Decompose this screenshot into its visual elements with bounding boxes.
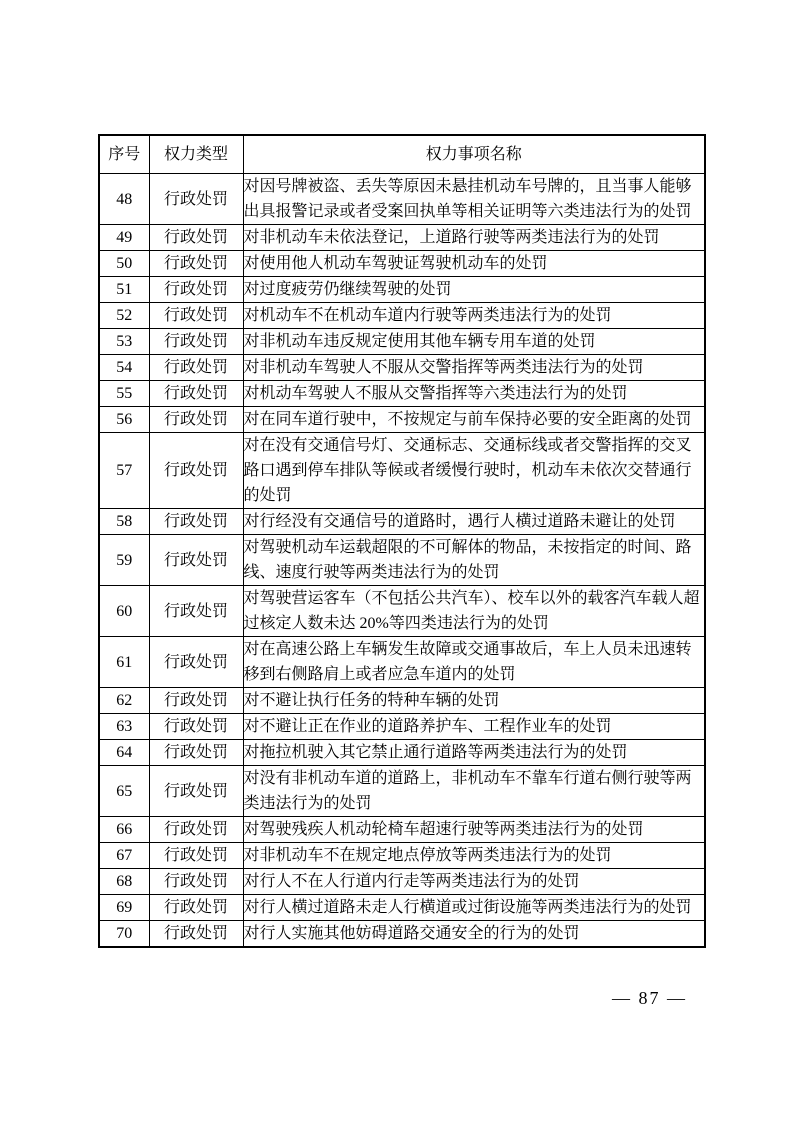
row-power-type: 行政处罚: [149, 766, 243, 817]
row-serial-number: 64: [99, 740, 149, 766]
row-serial-number: 66: [99, 817, 149, 843]
table-row: 52行政处罚对机动车不在机动车道内行驶等两类违法行为的处罚: [99, 303, 705, 329]
row-serial-number: 56: [99, 407, 149, 433]
row-serial-number: 49: [99, 225, 149, 251]
table-row: 61行政处罚对在高速公路上车辆发生故障或交通事故后，车上人员未迅速转移到右侧路肩…: [99, 637, 705, 688]
row-power-item-name: 对在同车道行驶中，不按规定与前车保持必要的安全距离的处罚: [243, 407, 705, 433]
row-serial-number: 48: [99, 174, 149, 225]
row-power-type: 行政处罚: [149, 817, 243, 843]
row-power-type: 行政处罚: [149, 407, 243, 433]
row-serial-number: 68: [99, 869, 149, 895]
row-power-item-name: 对没有非机动车道的道路上，非机动车不靠车行道右侧行驶等两类违法行为的处罚: [243, 766, 705, 817]
row-power-type: 行政处罚: [149, 225, 243, 251]
row-power-type: 行政处罚: [149, 740, 243, 766]
row-power-item-name: 对因号牌被盗、丢失等原因未悬挂机动车号牌的，且当事人能够出具报警记录或者受案回执…: [243, 174, 705, 225]
row-power-item-name: 对行经没有交通信号的道路时，遇行人横过道路未避让的处罚: [243, 509, 705, 535]
row-power-item-name: 对行人横过道路未走人行横道或过街设施等两类违法行为的处罚: [243, 895, 705, 921]
row-power-item-name: 对非机动车不在规定地点停放等两类违法行为的处罚: [243, 843, 705, 869]
col-header-power-item-name: 权力事项名称: [243, 135, 705, 174]
row-serial-number: 69: [99, 895, 149, 921]
row-power-item-name: 对过度疲劳仍继续驾驶的处罚: [243, 277, 705, 303]
row-power-type: 行政处罚: [149, 843, 243, 869]
table-row: 50行政处罚对使用他人机动车驾驶证驾驶机动车的处罚: [99, 251, 705, 277]
table-row: 64行政处罚对拖拉机驶入其它禁止通行道路等两类违法行为的处罚: [99, 740, 705, 766]
row-power-type: 行政处罚: [149, 251, 243, 277]
row-power-item-name: 对驾驶机动车运载超限的不可解体的物品，未按指定的时间、路线、速度行驶等两类违法行…: [243, 535, 705, 586]
row-power-type: 行政处罚: [149, 355, 243, 381]
row-power-item-name: 对驾驶营运客车（不包括公共汽车）、校车以外的载客汽车载人超过核定人数未达 20%…: [243, 586, 705, 637]
row-serial-number: 54: [99, 355, 149, 381]
row-power-type: 行政处罚: [149, 535, 243, 586]
row-serial-number: 51: [99, 277, 149, 303]
row-serial-number: 61: [99, 637, 149, 688]
row-power-item-name: 对不避让正在作业的道路养护车、工程作业车的处罚: [243, 714, 705, 740]
row-power-item-name: 对行人实施其他妨碍道路交通安全的行为的处罚: [243, 921, 705, 948]
row-serial-number: 67: [99, 843, 149, 869]
row-serial-number: 55: [99, 381, 149, 407]
row-power-type: 行政处罚: [149, 586, 243, 637]
row-serial-number: 65: [99, 766, 149, 817]
row-serial-number: 58: [99, 509, 149, 535]
col-header-power-type: 权力类型: [149, 135, 243, 174]
row-power-type: 行政处罚: [149, 329, 243, 355]
row-power-type: 行政处罚: [149, 637, 243, 688]
table-row: 56行政处罚对在同车道行驶中，不按规定与前车保持必要的安全距离的处罚: [99, 407, 705, 433]
row-serial-number: 57: [99, 433, 149, 509]
row-serial-number: 63: [99, 714, 149, 740]
table-row: 62行政处罚对不避让执行任务的特种车辆的处罚: [99, 688, 705, 714]
row-power-item-name: 对在高速公路上车辆发生故障或交通事故后，车上人员未迅速转移到右侧路肩上或者应急车…: [243, 637, 705, 688]
table-row: 70行政处罚对行人实施其他妨碍道路交通安全的行为的处罚: [99, 921, 705, 948]
document-page: 序号 权力类型 权力事项名称 48行政处罚对因号牌被盗、丢失等原因未悬挂机动车号…: [0, 0, 793, 1122]
table-row: 60行政处罚对驾驶营运客车（不包括公共汽车）、校车以外的载客汽车载人超过核定人数…: [99, 586, 705, 637]
power-items-table: 序号 权力类型 权力事项名称 48行政处罚对因号牌被盗、丢失等原因未悬挂机动车号…: [98, 134, 706, 948]
row-power-item-name: 对使用他人机动车驾驶证驾驶机动车的处罚: [243, 251, 705, 277]
row-power-item-name: 对机动车不在机动车道内行驶等两类违法行为的处罚: [243, 303, 705, 329]
col-header-serial-number: 序号: [99, 135, 149, 174]
table-row: 63行政处罚对不避让正在作业的道路养护车、工程作业车的处罚: [99, 714, 705, 740]
table-header-row: 序号 权力类型 权力事项名称: [99, 135, 705, 174]
table-row: 49行政处罚对非机动车未依法登记，上道路行驶等两类违法行为的处罚: [99, 225, 705, 251]
table-row: 59行政处罚对驾驶机动车运载超限的不可解体的物品，未按指定的时间、路线、速度行驶…: [99, 535, 705, 586]
table-row: 54行政处罚对非机动车驾驶人不服从交警指挥等两类违法行为的处罚: [99, 355, 705, 381]
row-serial-number: 62: [99, 688, 149, 714]
row-serial-number: 52: [99, 303, 149, 329]
row-power-item-name: 对行人不在人行道内行走等两类违法行为的处罚: [243, 869, 705, 895]
row-power-type: 行政处罚: [149, 381, 243, 407]
row-power-type: 行政处罚: [149, 869, 243, 895]
row-power-item-name: 对非机动车违反规定使用其他车辆专用车道的处罚: [243, 329, 705, 355]
row-serial-number: 70: [99, 921, 149, 948]
row-power-type: 行政处罚: [149, 895, 243, 921]
row-power-type: 行政处罚: [149, 433, 243, 509]
row-power-item-name: 对驾驶残疾人机动轮椅车超速行驶等两类违法行为的处罚: [243, 817, 705, 843]
row-power-item-name: 对不避让执行任务的特种车辆的处罚: [243, 688, 705, 714]
table-row: 53行政处罚对非机动车违反规定使用其他车辆专用车道的处罚: [99, 329, 705, 355]
table-row: 66行政处罚对驾驶残疾人机动轮椅车超速行驶等两类违法行为的处罚: [99, 817, 705, 843]
table-row: 69行政处罚对行人横过道路未走人行横道或过街设施等两类违法行为的处罚: [99, 895, 705, 921]
row-power-type: 行政处罚: [149, 509, 243, 535]
table-row: 48行政处罚对因号牌被盗、丢失等原因未悬挂机动车号牌的，且当事人能够出具报警记录…: [99, 174, 705, 225]
row-power-type: 行政处罚: [149, 921, 243, 948]
table-row: 55行政处罚对机动车驾驶人不服从交警指挥等六类违法行为的处罚: [99, 381, 705, 407]
row-power-item-name: 对机动车驾驶人不服从交警指挥等六类违法行为的处罚: [243, 381, 705, 407]
row-serial-number: 60: [99, 586, 149, 637]
row-power-type: 行政处罚: [149, 688, 243, 714]
table-row: 67行政处罚对非机动车不在规定地点停放等两类违法行为的处罚: [99, 843, 705, 869]
row-power-item-name: 对在没有交通信号灯、交通标志、交通标线或者交警指挥的交叉路口遇到停车排队等候或者…: [243, 433, 705, 509]
row-serial-number: 50: [99, 251, 149, 277]
row-power-item-name: 对非机动车驾驶人不服从交警指挥等两类违法行为的处罚: [243, 355, 705, 381]
table-row: 58行政处罚对行经没有交通信号的道路时，遇行人横过道路未避让的处罚: [99, 509, 705, 535]
row-serial-number: 53: [99, 329, 149, 355]
row-power-type: 行政处罚: [149, 714, 243, 740]
row-power-type: 行政处罚: [149, 303, 243, 329]
table-row: 65行政处罚对没有非机动车道的道路上，非机动车不靠车行道右侧行驶等两类违法行为的…: [99, 766, 705, 817]
row-serial-number: 59: [99, 535, 149, 586]
table-body: 48行政处罚对因号牌被盗、丢失等原因未悬挂机动车号牌的，且当事人能够出具报警记录…: [99, 174, 705, 948]
row-power-type: 行政处罚: [149, 174, 243, 225]
row-power-type: 行政处罚: [149, 277, 243, 303]
row-power-item-name: 对拖拉机驶入其它禁止通行道路等两类违法行为的处罚: [243, 740, 705, 766]
table-row: 57行政处罚对在没有交通信号灯、交通标志、交通标线或者交警指挥的交叉路口遇到停车…: [99, 433, 705, 509]
row-power-item-name: 对非机动车未依法登记，上道路行驶等两类违法行为的处罚: [243, 225, 705, 251]
table-row: 68行政处罚对行人不在人行道内行走等两类违法行为的处罚: [99, 869, 705, 895]
table-row: 51行政处罚对过度疲劳仍继续驾驶的处罚: [99, 277, 705, 303]
page-number: — 87 —: [612, 988, 687, 1009]
